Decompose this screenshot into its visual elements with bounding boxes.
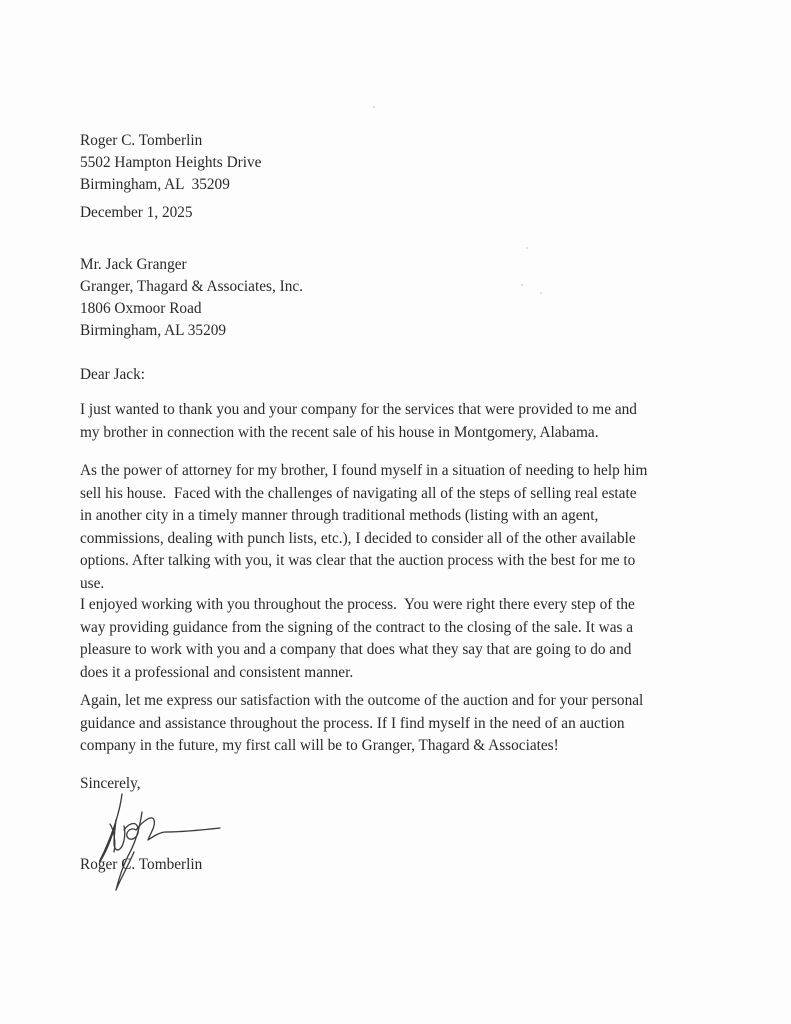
paragraph-line: in another city in a timely manner throu… bbox=[80, 505, 720, 528]
body-paragraph: I just wanted to thank you and your comp… bbox=[80, 399, 720, 444]
paragraph-line: I enjoyed working with you throughout th… bbox=[80, 594, 720, 617]
scan-speck bbox=[521, 284, 523, 286]
sender-name: Roger C. Tomberlin bbox=[80, 130, 261, 152]
paragraph-line: my brother in connection with the recent… bbox=[80, 422, 720, 445]
paragraph-line: commissions, dealing with punch lists, e… bbox=[80, 528, 720, 551]
recipient-name: Mr. Jack Granger bbox=[80, 254, 303, 276]
paragraph-line: As the power of attorney for my brother,… bbox=[80, 460, 720, 483]
paragraph-line: Again, let me express our satisfaction w… bbox=[80, 690, 720, 713]
paragraph-line: options. After talking with you, it was … bbox=[80, 550, 720, 573]
scan-speck bbox=[540, 292, 542, 294]
recipient-city: Birmingham, AL 35209 bbox=[80, 320, 303, 342]
paragraph-line: use. bbox=[80, 573, 720, 596]
letter-page: Roger C. Tomberlin 5502 Hampton Heights … bbox=[0, 0, 791, 1024]
sender-address: Roger C. Tomberlin 5502 Hampton Heights … bbox=[80, 130, 261, 196]
body-paragraph: I enjoyed working with you throughout th… bbox=[80, 594, 720, 684]
signature-icon bbox=[92, 790, 227, 895]
paragraph-line: company in the future, my first call wil… bbox=[80, 735, 720, 758]
recipient-street: 1806 Oxmoor Road bbox=[80, 298, 303, 320]
paragraph-line: guidance and assistance throughout the p… bbox=[80, 713, 720, 736]
body-paragraph: As the power of attorney for my brother,… bbox=[80, 460, 720, 596]
paragraph-line: sell his house. Faced with the challenge… bbox=[80, 483, 720, 506]
sender-street: 5502 Hampton Heights Drive bbox=[80, 152, 261, 174]
paragraph-line: I just wanted to thank you and your comp… bbox=[80, 399, 720, 422]
recipient-address: Mr. Jack Granger Granger, Thagard & Asso… bbox=[80, 254, 303, 342]
paragraph-line: way providing guidance from the signing … bbox=[80, 617, 720, 640]
scan-speck bbox=[526, 247, 528, 249]
body-paragraph: Again, let me express our satisfaction w… bbox=[80, 690, 720, 758]
paragraph-line: pleasure to work with you and a company … bbox=[80, 639, 720, 662]
letter-date: December 1, 2025 bbox=[80, 202, 193, 224]
paragraph-line: does it a professional and consistent ma… bbox=[80, 662, 720, 685]
recipient-company: Granger, Thagard & Associates, Inc. bbox=[80, 276, 303, 298]
sender-city: Birmingham, AL 35209 bbox=[80, 174, 261, 196]
scan-speck bbox=[373, 106, 375, 108]
salutation: Dear Jack: bbox=[80, 364, 145, 386]
